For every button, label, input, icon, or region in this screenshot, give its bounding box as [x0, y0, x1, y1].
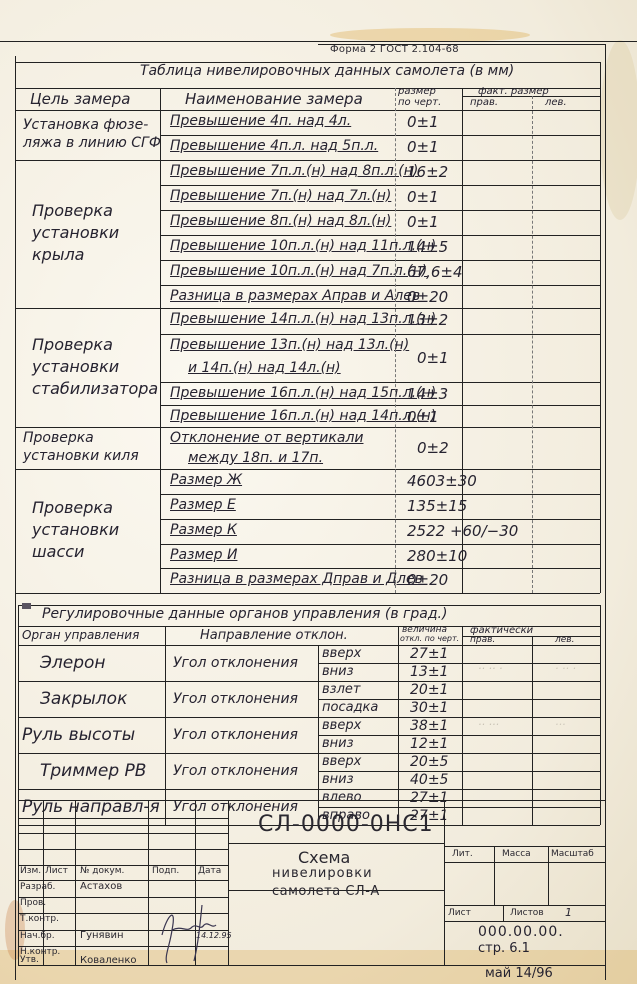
frame-right [605, 44, 606, 980]
measurement-purpose: Проверка [32, 201, 113, 220]
measurement-name: Превышение 14п.л.(н) над 13п.л.(н) [170, 311, 436, 327]
drawing-value: 16±2 [407, 163, 448, 181]
actual-header-line [462, 96, 600, 97]
corner-mark [22, 603, 31, 609]
tb-right-line-4 [444, 921, 605, 922]
measurement-name: Превышение 7п.л.(н) над 8п.л.(н) [170, 163, 418, 179]
group-line [15, 593, 600, 594]
row-line [160, 135, 600, 136]
header-direction: Направление отклон. [200, 628, 348, 643]
col-left [15, 62, 16, 593]
measurement-purpose: Проверка [32, 498, 113, 517]
drawing-value: 0±20 [407, 571, 448, 589]
header-right: прав. [470, 97, 498, 108]
ct-col-value [398, 626, 399, 825]
drawing-value: 0±1 [417, 349, 449, 367]
dept-head-name: Гунявин [80, 930, 124, 941]
tb-center-divider [228, 843, 444, 844]
signature-scribble [142, 895, 232, 965]
drawing-value: 67,6±4 [407, 263, 463, 281]
tb-grid-row [18, 800, 228, 801]
measurement-name: Размер Е [170, 497, 236, 513]
row-line [160, 494, 600, 495]
ct-col-organ [165, 626, 166, 825]
col-name-value [395, 88, 396, 593]
faint-mark: ·· ·· · [478, 662, 502, 675]
drawing-value: 0±2 [417, 439, 449, 457]
measurement-name-cont: и 14п.(н) над 14л.(н) [188, 360, 341, 376]
group-line [15, 427, 600, 428]
label-mass: Масса [502, 849, 531, 859]
tb-grid-col [75, 800, 76, 965]
row-line [160, 285, 600, 286]
measurement-name: Превышение 10п.л.(н) над 11п.л.(н) [170, 238, 436, 254]
deflection-value: 27±1 [410, 790, 448, 806]
tb-right-col-2 [548, 846, 549, 905]
measurement-name: Размер Ж [170, 472, 242, 488]
row-line [160, 519, 600, 520]
label-sheet: Лист [45, 866, 68, 876]
measurement-name: Превышение 4п. над 4л. [170, 113, 351, 129]
row-line [160, 235, 600, 236]
label-scale: Масштаб [551, 849, 594, 859]
measurement-purpose: установки [32, 357, 119, 376]
drawing-value: 0±20 [407, 288, 448, 306]
drawing-value: 135±15 [407, 497, 467, 515]
tb-grid-row [18, 880, 228, 881]
drawing-value: 0±1 [407, 213, 439, 231]
ct-col-direction [318, 645, 319, 825]
drawing-value: 280±10 [407, 547, 467, 565]
drawing-value: 0±1 [407, 138, 439, 156]
control-organ: Триммер РВ [40, 761, 146, 781]
ct-col-actual [462, 626, 463, 825]
row-line [160, 210, 600, 211]
tb-grid-col [18, 800, 19, 965]
controls-table-title: Регулировочные данные органов управления… [42, 606, 447, 622]
header-left: лев. [545, 97, 567, 108]
tb-grid-row [18, 833, 228, 834]
measurement-purpose: Установка фюзе- [23, 117, 148, 133]
developer-name: Астахов [80, 881, 122, 892]
controls-header-bottom [18, 645, 600, 646]
top-border-line [0, 41, 637, 42]
measurement-purpose: установки [32, 520, 119, 539]
measurement-name: Отклонение от вертикали [170, 430, 363, 446]
measurement-purpose: установки [32, 223, 119, 242]
deflection-direction: вверх [322, 718, 361, 733]
row-line [160, 405, 600, 406]
drawing-designation: СЛ-0000-0НС1 [258, 812, 434, 837]
drawing-value: 0±1 [407, 408, 439, 426]
measurement-name: Размер К [170, 522, 237, 538]
deflection-direction: вверх [322, 646, 361, 661]
control-row-line [18, 681, 600, 682]
label-tech-control: Т.контр. [20, 914, 59, 924]
deflection-value: 13±1 [410, 664, 448, 680]
deflection-direction: посадка [322, 700, 378, 715]
measurement-name: Превышение 13п.(н) над 13л.(н) [170, 337, 409, 353]
drawing-value: 0±1 [407, 113, 439, 131]
row-line [160, 185, 600, 186]
document-title-3: самолета СЛ-А [272, 884, 380, 899]
sub-row-line [318, 735, 600, 736]
col-value-right [462, 88, 463, 593]
ct-col-left [18, 605, 19, 825]
ct-col-right-left [532, 636, 533, 825]
control-organ: Элерон [40, 653, 106, 673]
sub-row-line [318, 771, 600, 772]
label-change: Изм. [20, 866, 41, 876]
measurement-name: Разница в размерах Дправ и Длев [170, 571, 423, 587]
drawing-value: 0±1 [407, 188, 439, 206]
actual-header-line-deg [462, 636, 600, 637]
deflection-value: 38±1 [410, 718, 448, 734]
control-row-line [18, 717, 600, 718]
group-line [15, 160, 600, 161]
measurement-name: Превышение 4п.л. над 5п.л. [170, 138, 378, 154]
header-drawing-size-2: по черт. [398, 97, 441, 108]
deflection-value: 20±5 [410, 754, 448, 770]
tb-grid-row [18, 818, 228, 819]
measurement-purpose: стабилизатора [32, 379, 158, 398]
row-line [160, 260, 600, 261]
drawing-value: 13±2 [407, 311, 448, 329]
control-organ: Руль высоты [22, 725, 135, 745]
drawing-value: 14±5 [407, 238, 448, 256]
page-number: стр. 6.1 [478, 941, 530, 956]
deflection-value: 27±1 [410, 646, 448, 662]
label-approved: Утв. [20, 955, 39, 965]
tb-right-line-2 [444, 862, 605, 863]
measurement-purpose: крыла [32, 245, 84, 264]
deflection-type: Угол отклонения [173, 691, 298, 707]
row-line [160, 568, 600, 569]
measurement-name: Разница в размерах Aправ и Aлев [170, 288, 420, 304]
measurement-name: Превышение 16п.л.(н) над 15п.л.(н) [170, 385, 436, 401]
sheets-count: 1 [565, 906, 572, 919]
header-value-2: откл. по черт. [400, 634, 459, 643]
form-header: Форма 2 ГОСТ 2.104-68 [330, 44, 459, 55]
row-line [160, 382, 600, 383]
measurement-purpose: Проверка [23, 430, 94, 446]
group-line [15, 469, 600, 470]
stain [330, 28, 530, 42]
deflection-direction: взлет [322, 682, 360, 697]
label-sheets: Листов [510, 908, 544, 918]
label-date: Дата [198, 866, 221, 876]
measurement-name: Размер И [170, 547, 237, 563]
measurement-name-cont: между 18п. и 17п. [188, 450, 323, 466]
control-row-line [18, 753, 600, 754]
tb-right-line-3 [444, 905, 605, 906]
row-line [160, 544, 600, 545]
leveling-table-title: Таблица нивелировочных данных самолета (… [140, 63, 514, 79]
document-title-2: нивелировки [272, 866, 373, 881]
faint-mark: · ·· · [555, 662, 576, 675]
date-stamp: май 14/96 [485, 966, 553, 981]
control-organ: Закрылок [40, 689, 127, 709]
header-drawing-size: размер [398, 86, 436, 97]
deflection-direction: вниз [322, 772, 354, 787]
header-purpose: Цель замера [30, 90, 131, 108]
tb-right-col [444, 800, 445, 965]
label-doc-no: № докум. [80, 866, 124, 876]
document-title-1: Схема [298, 848, 350, 867]
deflection-value: 12±1 [410, 736, 448, 752]
deflection-value: 30±1 [410, 700, 448, 716]
deflection-type: Угол отклонения [173, 655, 298, 671]
header-organ: Орган управления [22, 628, 139, 642]
label-dept-head: Нач.бр. [20, 931, 55, 941]
label-developed: Разраб. [20, 882, 55, 892]
ct-col-edge [600, 605, 601, 825]
deflection-value: 20±1 [410, 682, 448, 698]
label-checked: Пров. [20, 898, 46, 908]
tb-right-col-3 [503, 905, 504, 921]
header-name: Наименование замера [185, 90, 363, 108]
row-line [160, 334, 600, 335]
deflection-value: 40±5 [410, 772, 448, 788]
deflection-direction: вниз [322, 664, 354, 679]
measurement-name: Превышение 7п.(н) над 7л.(н) [170, 188, 391, 204]
document-code: 000.00.00. [478, 924, 564, 940]
tb-right-col-1 [494, 846, 495, 905]
group-line [15, 308, 600, 309]
deflection-type: Угол отклонения [173, 727, 298, 743]
measurement-name: Превышение 16п.л.(н) над 14п.л.(н) [170, 408, 436, 424]
tb-right-line-1 [444, 846, 605, 847]
header-bottom [15, 110, 600, 111]
label-signature: Подп. [152, 866, 179, 876]
measurement-name: Превышение 10п.л.(н) над 7п.л.(н) [170, 263, 427, 279]
control-row-line [18, 789, 600, 790]
measurement-purpose: установки киля [23, 448, 139, 464]
faint-mark: ··· [555, 718, 566, 731]
deflection-type: Угол отклонения [173, 763, 298, 779]
drawing-value: 4603±30 [407, 472, 477, 490]
measurement-purpose: шасси [32, 542, 84, 561]
measurement-name: Превышение 8п.(н) над 8л.(н) [170, 213, 391, 229]
measurement-purpose: ляжа в линию СГФ [23, 135, 161, 151]
label-sheet-no: Лист [448, 908, 471, 918]
col-purpose-name [160, 88, 161, 593]
deflection-direction: вверх [322, 754, 361, 769]
col-right-edge [600, 62, 601, 593]
deflection-direction: вниз [322, 736, 354, 751]
faint-mark: ·· ··· [478, 718, 499, 731]
deflection-direction: влево [322, 790, 362, 805]
measurement-purpose: Проверка [32, 335, 113, 354]
drawing-value: 14±3 [407, 385, 448, 403]
tb-grid-row [18, 849, 228, 850]
label-lit: Лит. [452, 849, 473, 859]
col-right-left [532, 96, 533, 593]
